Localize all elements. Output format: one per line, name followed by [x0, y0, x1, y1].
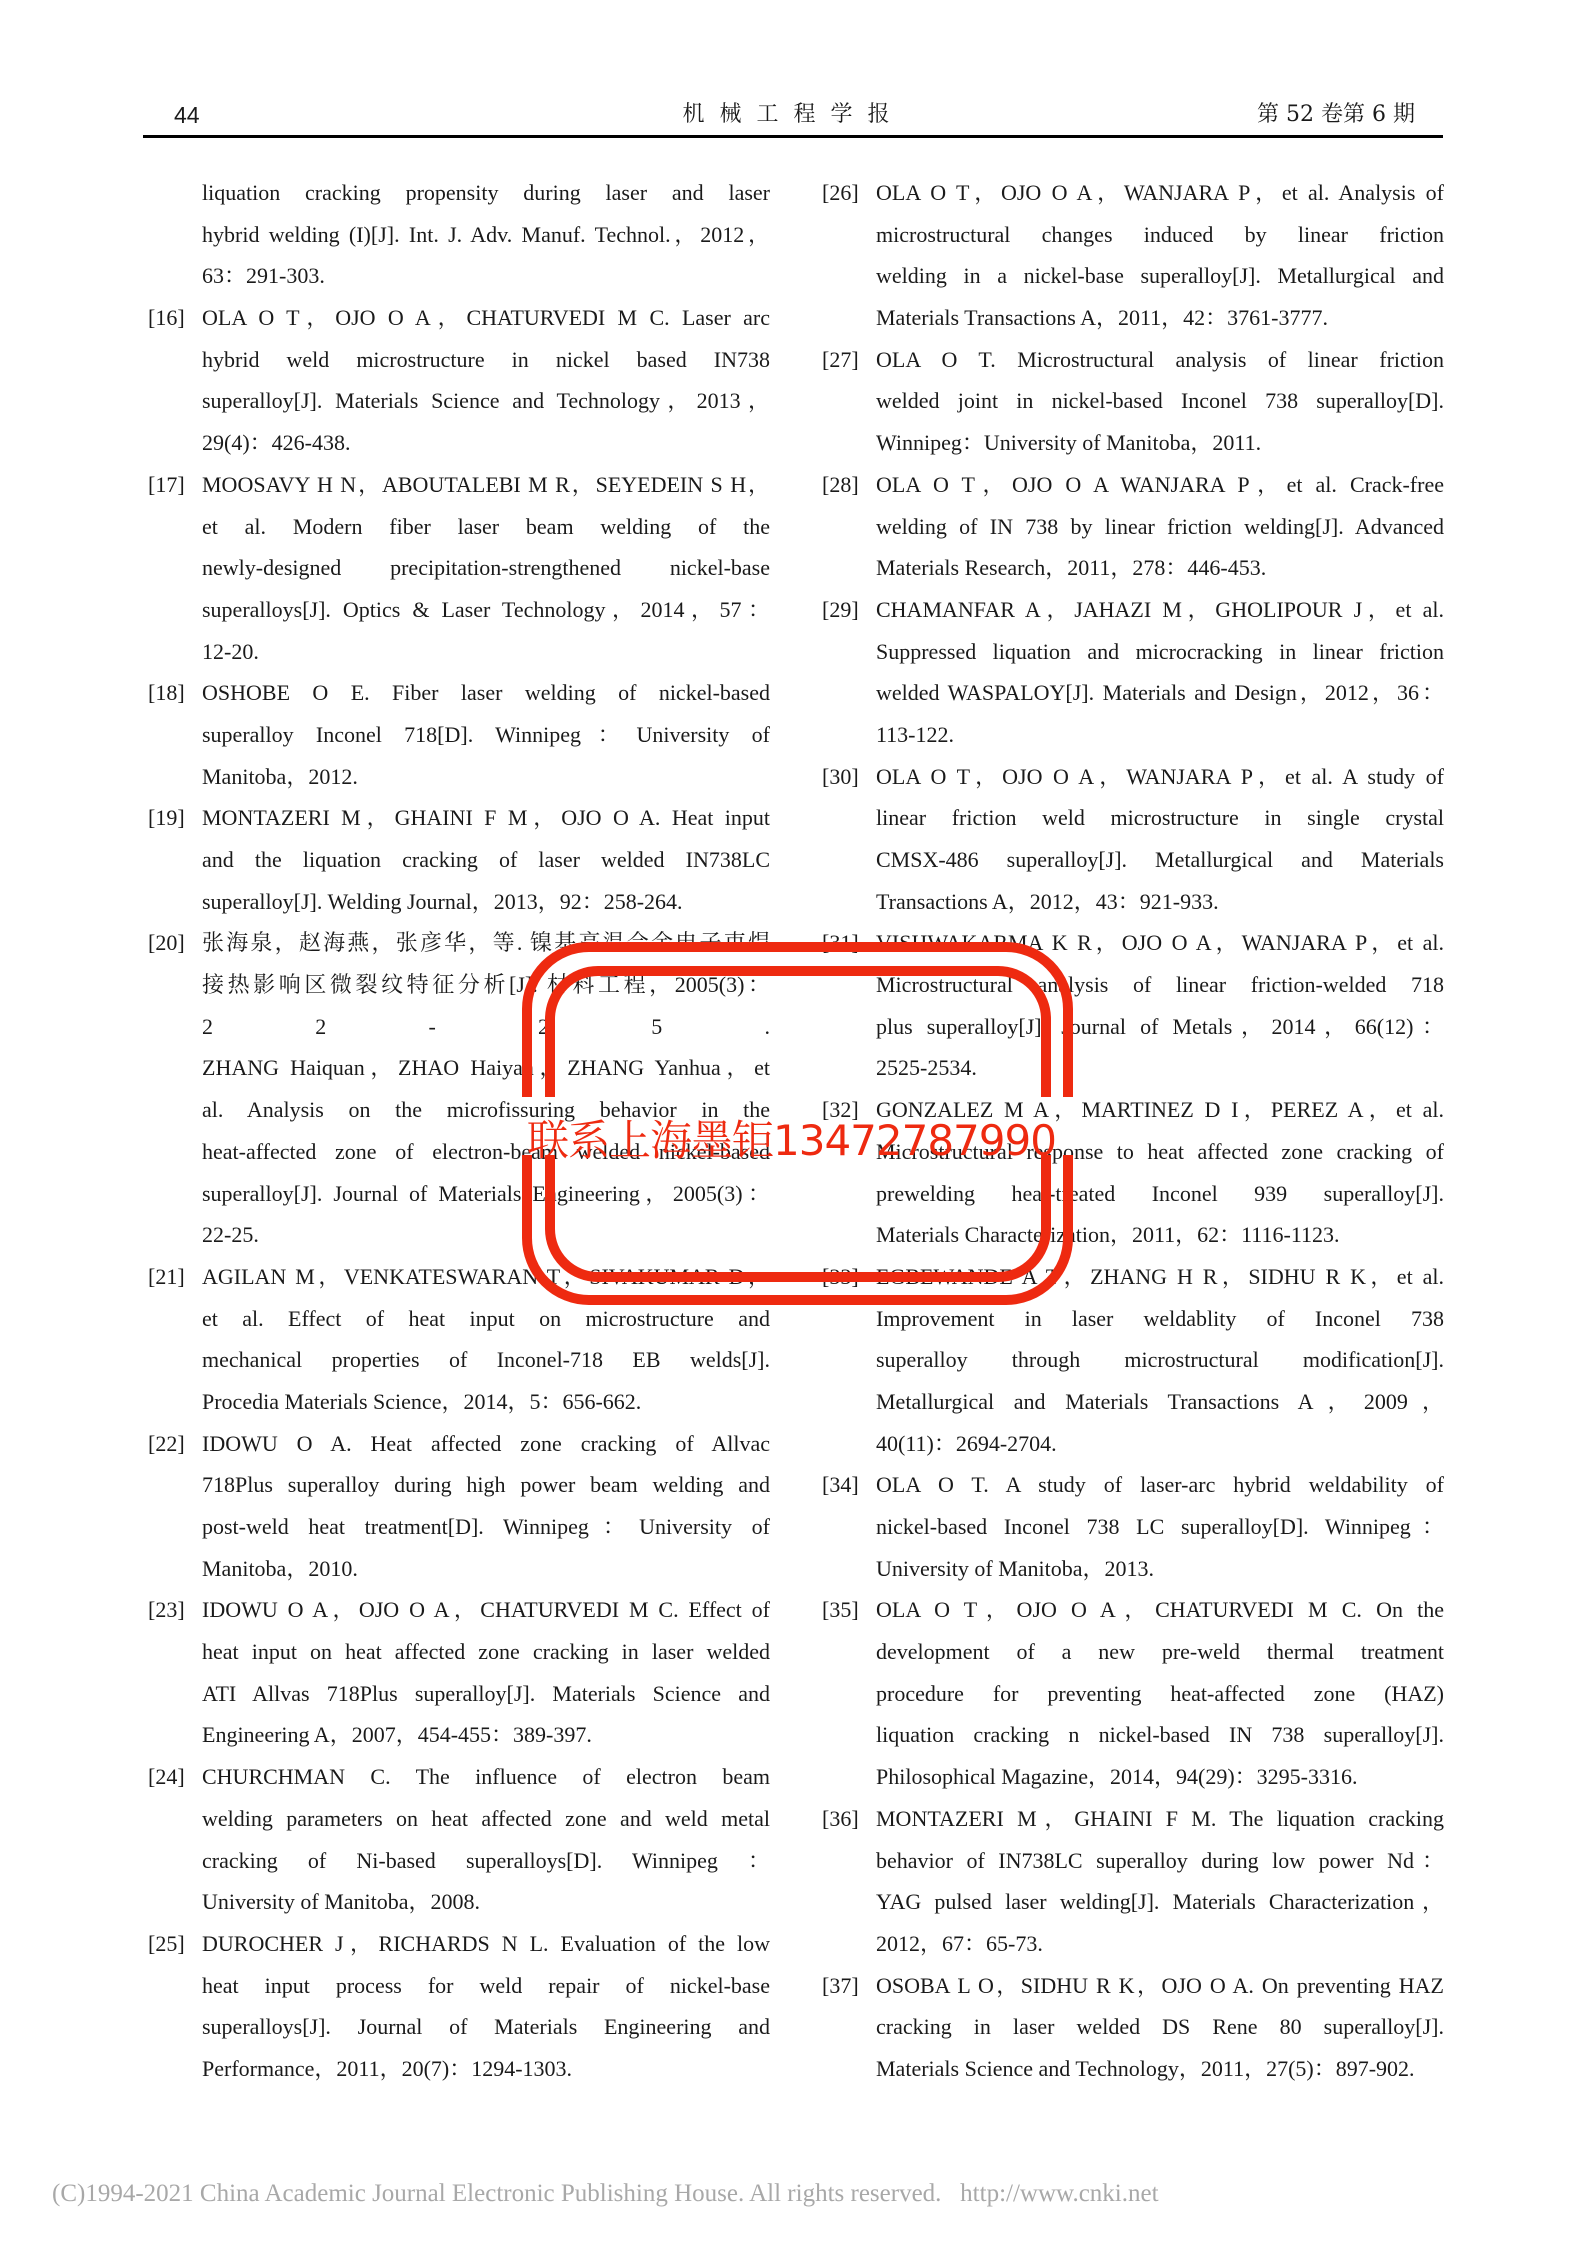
reference-line: heat input process for weld repair of ni… [202, 1965, 770, 2007]
reference-line: OSOBA L O，SIDHU R K，OJO O A. On preventi… [876, 1965, 1444, 2007]
reference-line: superalloy through microstructural modif… [876, 1339, 1444, 1381]
cnki-url[interactable]: http://www.cnki.net [960, 2180, 1158, 2207]
reference-number: [31] [822, 922, 859, 964]
reference-line: IDOWU O A. Heat affected zone cracking o… [202, 1423, 770, 1465]
reference-line: Suppressed liquation and microcracking i… [876, 631, 1444, 673]
reference-line: superalloy[J]. Journal of Materials Engi… [202, 1173, 770, 1215]
reference-entry: [27]OLA O T. Microstructural analysis of… [822, 339, 1444, 464]
reference-line: Materials Transactions A，2011，42：3761-37… [876, 297, 1444, 339]
reference-line: liquation cracking propensity during las… [202, 172, 770, 214]
reference-number: [22] [148, 1423, 185, 1465]
reference-line: Philosophical Magazine，2014，94(29)：3295-… [876, 1756, 1444, 1798]
reference-number: [26] [822, 172, 859, 214]
reference-number: [18] [148, 672, 185, 714]
reference-number: [23] [148, 1589, 185, 1631]
reference-entry: [35]OLA O T，OJO O A，CHATURVEDI M C. On t… [822, 1589, 1444, 1797]
reference-line: CHAMANFAR A，JAHAZI M，GHOLIPOUR J，et al. [876, 589, 1444, 631]
reference-entry: [36]MONTAZERI M，GHAINI F M. The liquatio… [822, 1798, 1444, 1965]
reference-line: OLA O T，OJO O A，WANJARA P，et al. A study… [876, 756, 1444, 798]
watermark-text: 联系上海墨钜13472787990 [527, 1108, 1056, 1168]
reference-line: Procedia Materials Science，2014，5：656-66… [202, 1381, 770, 1423]
reference-entry: [31]VISHWAKARMA K R，OJO O A，WANJARA P，et… [822, 922, 1444, 1089]
reference-line: 40(11)：2694-2704. [876, 1423, 1444, 1465]
issue-label: 第 52 卷第 6 期 [1257, 100, 1415, 130]
reference-line: ATI Allvas 718Plus superalloy[J]. Materi… [202, 1673, 770, 1715]
reference-number: [25] [148, 1923, 185, 1965]
reference-entry: liquation cracking propensity during las… [148, 172, 770, 297]
reference-number: [19] [148, 797, 185, 839]
reference-line: CHURCHMAN C. The influence of electron b… [202, 1756, 770, 1798]
reference-number: [37] [822, 1965, 859, 2007]
reference-line: OLA O T，OJO O A，WANJARA P，et al. Analysi… [876, 172, 1444, 214]
reference-number: [28] [822, 464, 859, 506]
reference-line: 22-25. [202, 1006, 770, 1048]
reference-line: 718Plus superalloy during high power bea… [202, 1464, 770, 1506]
reference-line: welded joint in nickel-based Inconel 738… [876, 380, 1444, 422]
reference-line: OSHOBE O E. Fiber laser welding of nicke… [202, 672, 770, 714]
reference-line: OLA O T，OJO O A，CHATURVEDI M C. On the [876, 1589, 1444, 1631]
reference-line: YAG pulsed laser welding[J]. Materials C… [876, 1881, 1444, 1923]
reference-number: [30] [822, 756, 859, 798]
reference-line: superalloys[J]. Optics & Laser Technolog… [202, 589, 770, 631]
reference-line: nickel-based Inconel 738 LC superalloy[D… [876, 1506, 1444, 1548]
reference-line: Performance，2011，20(7)：1294-1303. [202, 2048, 770, 2090]
header-rule [143, 135, 1443, 138]
reference-line: IDOWU O A，OJO O A，CHATURVEDI M C. Effect… [202, 1589, 770, 1631]
reference-line: procedure for preventing heat-affected z… [876, 1673, 1444, 1715]
reference-number: [36] [822, 1798, 859, 1840]
reference-line: 12-20. [202, 631, 770, 673]
reference-line: OLA O T，OJO O A WANJARA P，et al. Crack-f… [876, 464, 1444, 506]
reference-line: welding in a nickel-base superalloy[J]. … [876, 255, 1444, 297]
reference-line: and the liquation cracking of laser weld… [202, 839, 770, 881]
reference-number: [20] [148, 922, 185, 964]
reference-line: plus superalloy[J]. Journal of Metals，20… [876, 1006, 1444, 1048]
reference-entry: [23]IDOWU O A，OJO O A，CHATURVEDI M C. Ef… [148, 1589, 770, 1756]
reference-entry: [37]OSOBA L O，SIDHU R K，OJO O A. On prev… [822, 1965, 1444, 2090]
reference-line: hybrid welding (I)[J]. Int. J. Adv. Manu… [202, 214, 770, 256]
reference-entry: [28]OLA O T，OJO O A WANJARA P，et al. Cra… [822, 464, 1444, 589]
reference-line: development of a new pre-weld thermal tr… [876, 1631, 1444, 1673]
reference-entry: [26]OLA O T，OJO O A，WANJARA P，et al. Ana… [822, 172, 1444, 339]
reference-line: Materials Research，2011，278：446-453. [876, 547, 1444, 589]
copyright-footer: (C)1994-2021 China Academic Journal Elec… [52, 2180, 1159, 2208]
reference-entry: [19]MONTAZERI M，GHAINI F M，OJO O A. Heat… [148, 797, 770, 922]
reference-line: 29(4)：426-438. [202, 422, 770, 464]
reference-entry: [17]MOOSAVY H N，ABOUTALEBI M R，SEYEDEIN … [148, 464, 770, 672]
reference-line: newly-designed precipitation-strengthene… [202, 547, 770, 589]
reference-line: cracking in laser welded DS Rene 80 supe… [876, 2006, 1444, 2048]
reference-entry: [34]OLA O T. A study of laser-arc hybrid… [822, 1464, 1444, 1589]
reference-line: Winnipeg：University of Manitoba，2011. [876, 422, 1444, 464]
reference-line: OLA O T. Microstructural analysis of lin… [876, 339, 1444, 381]
reference-line: CMSX-486 superalloy[J]. Metallurgical an… [876, 839, 1444, 881]
reference-line: 2525-2534. [876, 1047, 1444, 1089]
reference-line: Transactions A，2012，43：921-933. [876, 881, 1444, 923]
reference-line: superalloy[J]. Welding Journal，2013，92：2… [202, 881, 770, 923]
reference-number: [27] [822, 339, 859, 381]
reference-entry: [18]OSHOBE O E. Fiber laser welding of n… [148, 672, 770, 797]
reference-line: Materials Science and Technology，2011，27… [876, 2048, 1444, 2090]
reference-number: [16] [148, 297, 185, 339]
reference-line: Microstructural analysis of linear frict… [876, 964, 1444, 1006]
reference-line: EGBEWANDE A T，ZHANG H R，SIDHU R K，et al. [876, 1256, 1444, 1298]
reference-line: post-weld heat treatment[D]. Winnipeg：Un… [202, 1506, 770, 1548]
reference-line: Manitoba，2010. [202, 1548, 770, 1590]
reference-line: et al. Modern fiber laser beam welding o… [202, 506, 770, 548]
reference-line: microstructural changes induced by linea… [876, 214, 1444, 256]
reference-number: [21] [148, 1256, 185, 1298]
reference-line: linear friction weld microstructure in s… [876, 797, 1444, 839]
reference-line: 接热影响区微裂纹特征分析[J]. 材料工程，2005(3)： [202, 964, 770, 1006]
reference-line: superalloys[J]. Journal of Materials Eng… [202, 2006, 770, 2048]
reference-line: Improvement in laser weldablity of Incon… [876, 1298, 1444, 1340]
reference-line: welding parameters on heat affected zone… [202, 1798, 770, 1840]
reference-line: MOOSAVY H N，ABOUTALEBI M R，SEYEDEIN S H， [202, 464, 770, 506]
reference-line: MONTAZERI M，GHAINI F M，OJO O A. Heat inp… [202, 797, 770, 839]
reference-line: MONTAZERI M，GHAINI F M. The liquation cr… [876, 1798, 1444, 1840]
reference-line: University of Manitoba，2013. [876, 1548, 1444, 1590]
reference-line: welding of IN 738 by linear friction wel… [876, 506, 1444, 548]
reference-line: Materials Characterization，2011，62：1116-… [876, 1214, 1444, 1256]
reference-line: OLA O T，OJO O A，CHATURVEDI M C. Laser ar… [202, 297, 770, 339]
reference-line: et al. Effect of heat input on microstru… [202, 1298, 770, 1340]
reference-line: Engineering A，2007，454-455：389-397. [202, 1714, 770, 1756]
reference-line: mechanical properties of Inconel-718 EB … [202, 1339, 770, 1381]
reference-line: 2012，67：65-73. [876, 1923, 1444, 1965]
copyright-text: (C)1994-2021 China Academic Journal Elec… [52, 2180, 941, 2207]
reference-line: 张海泉，赵海燕，张彦华，等. 镍基高温合金电子束焊 [202, 922, 770, 964]
reference-line: heat input on heat affected zone crackin… [202, 1631, 770, 1673]
reference-line: liquation cracking n nickel-based IN 738… [876, 1714, 1444, 1756]
reference-number: [17] [148, 464, 185, 506]
reference-line: DUROCHER J，RICHARDS N L. Evaluation of t… [202, 1923, 770, 1965]
reference-line: Manitoba，2012. [202, 756, 770, 798]
reference-entry: [25]DUROCHER J，RICHARDS N L. Evaluation … [148, 1923, 770, 2090]
reference-line: VISHWAKARMA K R，OJO O A，WANJARA P，et al. [876, 922, 1444, 964]
reference-line: Metallurgical and Materials Transactions… [876, 1381, 1444, 1423]
reference-line: 63：291-303. [202, 255, 770, 297]
reference-entry: [20]张海泉，赵海燕，张彦华，等. 镍基高温合金电子束焊接热影响区微裂纹特征分… [148, 922, 770, 1256]
reference-line: superalloy[J]. Materials Science and Tec… [202, 380, 770, 422]
reference-line: 22-25. [202, 1214, 770, 1256]
reference-entry: [24]CHURCHMAN C. The influence of electr… [148, 1756, 770, 1923]
reference-entry: [16]OLA O T，OJO O A，CHATURVEDI M C. Lase… [148, 297, 770, 464]
reference-number: [34] [822, 1464, 859, 1506]
reference-line: cracking of Ni-based superalloys[D]. Win… [202, 1840, 770, 1882]
reference-line: AGILAN M，VENKATESWARAN T，SIVAKUMAR D， [202, 1256, 770, 1298]
reference-number: [35] [822, 1589, 859, 1631]
reference-line: behavior of IN738LC superalloy during lo… [876, 1840, 1444, 1882]
reference-line: hybrid weld microstructure in nickel bas… [202, 339, 770, 381]
reference-entry: [29]CHAMANFAR A，JAHAZI M，GHOLIPOUR J，et … [822, 589, 1444, 756]
reference-line: prewelding heat-treated Inconel 939 supe… [876, 1173, 1444, 1215]
reference-entry: [33]EGBEWANDE A T，ZHANG H R，SIDHU R K，et… [822, 1256, 1444, 1464]
reference-number: [33] [822, 1256, 859, 1298]
reference-line: University of Manitoba，2008. [202, 1881, 770, 1923]
reference-line: ZHANG Haiquan，ZHAO Haiyan，ZHANG Yanhua，e… [202, 1047, 770, 1089]
reference-entry: [21]AGILAN M，VENKATESWARAN T，SIVAKUMAR D… [148, 1256, 770, 1423]
reference-number: [24] [148, 1756, 185, 1798]
reference-line: superalloy Inconel 718[D]. Winnipeg：Univ… [202, 714, 770, 756]
reference-entry: [22]IDOWU O A. Heat affected zone cracki… [148, 1423, 770, 1590]
reference-line: welded WASPALOY[J]. Materials and Design… [876, 672, 1444, 714]
reference-entry: [30]OLA O T，OJO O A，WANJARA P，et al. A s… [822, 756, 1444, 923]
reference-number: [29] [822, 589, 859, 631]
reference-line: 113-122. [876, 714, 1444, 756]
reference-line: OLA O T. A study of laser-arc hybrid wel… [876, 1464, 1444, 1506]
